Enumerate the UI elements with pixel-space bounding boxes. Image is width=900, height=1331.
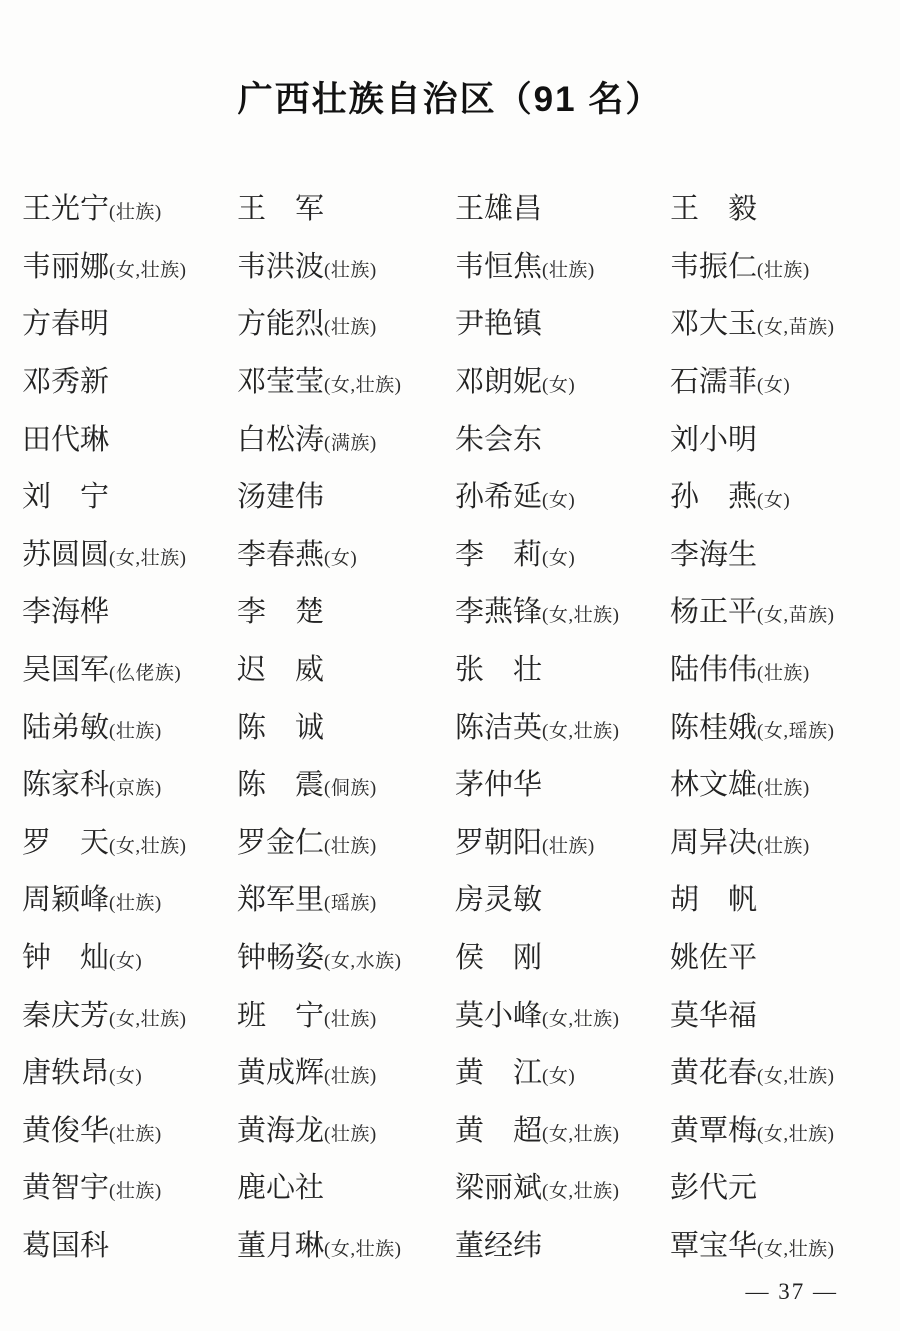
person-name: 张 壮 [455,654,542,686]
person-entry: 梁丽斌(女,壮族) [455,1174,670,1203]
person-entry: 邓朗妮(女) [455,368,670,397]
person-entry: 黄覃梅(女,壮族) [670,1117,890,1146]
person-name: 罗金仁 [237,827,324,859]
person-entry: 韦振仁(壮族) [670,253,890,282]
person-entry: 莫华福 [670,1002,890,1031]
person-name: 汤建伟 [237,481,324,513]
person-name: 刘 宁 [22,481,109,513]
person-entry: 李海桦 [22,598,237,627]
person-name: 李 莉 [455,539,542,571]
person-entry: 黄海龙(壮族) [237,1117,455,1146]
person-entry: 黄智宇(壮族) [22,1174,237,1203]
gender-ethnicity-tag: (壮族) [542,836,595,857]
person-entry: 王 毅 [670,195,890,224]
person-name: 方能烈 [237,308,324,340]
person-name: 罗朝阳 [455,827,542,859]
person-name: 郑军里 [237,884,324,916]
person-name: 覃宝华 [670,1230,757,1262]
person-entry: 韦洪波(壮族) [237,253,455,282]
person-name: 韦恒焦 [455,251,542,283]
person-name: 陈洁英 [455,712,542,744]
person-entry: 方春明 [22,310,237,339]
gender-ethnicity-tag: (满族) [324,433,377,454]
page-number: — 37 — [746,1279,839,1305]
person-entry: 李春燕(女) [237,541,455,570]
person-name: 鹿心社 [237,1172,324,1204]
person-entry: 覃宝华(女,壮族) [670,1232,890,1261]
person-name: 石濡菲 [670,366,757,398]
person-entry: 董经纬 [455,1232,670,1261]
gender-ethnicity-tag: (女) [109,1066,142,1087]
gender-ethnicity-tag: (京族) [109,778,162,799]
gender-ethnicity-tag: (壮族) [324,1009,377,1030]
person-name: 尹艳镇 [455,308,542,340]
person-entry: 郑军里(瑶族) [237,886,455,915]
gender-ethnicity-tag: (女,壮族) [757,1239,834,1260]
person-name: 邓秀新 [22,366,109,398]
gender-ethnicity-tag: (女,壮族) [324,375,401,396]
person-name: 彭代元 [670,1172,757,1204]
person-entry: 侯 刚 [455,944,670,973]
gender-ethnicity-tag: (女) [324,548,357,569]
person-entry: 邓秀新 [22,368,237,397]
person-name: 陆弟敏 [22,712,109,744]
gender-ethnicity-tag: (壮族) [109,202,162,223]
person-name: 韦振仁 [670,251,757,283]
person-entry: 吴国军(仫佬族) [22,656,237,685]
person-entry: 白松涛(满族) [237,426,455,455]
person-entry: 孙 燕(女) [670,483,890,512]
person-entry: 田代琳 [22,426,237,455]
person-name: 白松涛 [237,424,324,456]
page-title: 广西壮族自治区（91 名） [0,72,900,122]
gender-ethnicity-tag: (女) [542,490,575,511]
gender-ethnicity-tag: (女) [109,951,142,972]
gender-ethnicity-tag: (壮族) [324,1124,377,1145]
person-name: 梁丽斌 [455,1172,542,1204]
person-entry: 陈 震(侗族) [237,771,455,800]
person-name: 王 军 [237,193,324,225]
gender-ethnicity-tag: (瑶族) [324,893,377,914]
person-entry: 陆伟伟(壮族) [670,656,890,685]
person-entry: 唐轶昂(女) [22,1059,237,1088]
person-name: 周异决 [670,827,757,859]
gender-ethnicity-tag: (女) [542,548,575,569]
gender-ethnicity-tag: (侗族) [324,778,377,799]
gender-ethnicity-tag: (壮族) [109,721,162,742]
person-entry: 鹿心社 [237,1174,455,1203]
person-name: 孙 燕 [670,481,757,513]
gender-ethnicity-tag: (女,壮族) [542,605,619,626]
gender-ethnicity-tag: (女,水族) [324,951,401,972]
person-name: 田代琳 [22,424,109,456]
person-name: 苏圆圆 [22,539,109,571]
gender-ethnicity-tag: (壮族) [324,1066,377,1087]
gender-ethnicity-tag: (仫佬族) [109,663,181,684]
person-name: 姚佐平 [670,942,757,974]
person-entry: 秦庆芳(女,壮族) [22,1002,237,1031]
person-entry: 陈桂娥(女,瑶族) [670,714,890,743]
person-name: 莫小峰 [455,1000,542,1032]
person-name: 钟畅姿 [237,942,324,974]
person-entry: 石濡菲(女) [670,368,890,397]
gender-ethnicity-tag: (女,壮族) [324,1239,401,1260]
person-name: 林文雄 [670,769,757,801]
person-entry: 刘 宁 [22,483,237,512]
person-name: 李燕锋 [455,596,542,628]
person-entry: 董月琳(女,壮族) [237,1232,455,1261]
person-name: 韦洪波 [237,251,324,283]
person-name: 陈 震 [237,769,324,801]
person-name: 胡 帆 [670,884,757,916]
person-name: 孙希延 [455,481,542,513]
person-entry: 王雄昌 [455,195,670,224]
person-name: 王 毅 [670,193,757,225]
person-entry: 陈洁英(女,壮族) [455,714,670,743]
person-entry: 韦恒焦(壮族) [455,253,670,282]
person-entry: 莫小峰(女,壮族) [455,1002,670,1031]
person-name: 黄海龙 [237,1115,324,1147]
person-name: 刘小明 [670,424,757,456]
person-name: 朱会东 [455,424,542,456]
gender-ethnicity-tag: (女,壮族) [109,1009,186,1030]
person-entry: 李 楚 [237,598,455,627]
person-entry: 罗 天(女,壮族) [22,829,237,858]
person-entry: 罗朝阳(壮族) [455,829,670,858]
person-entry: 黄俊华(壮族) [22,1117,237,1146]
person-entry: 陆弟敏(壮族) [22,714,237,743]
person-entry: 王光宁(壮族) [22,195,237,224]
person-name: 邓大玉 [670,308,757,340]
person-name: 李海桦 [22,596,109,628]
person-name: 邓莹莹 [237,366,324,398]
person-entry: 陈 诚 [237,714,455,743]
gender-ethnicity-tag: (女) [757,490,790,511]
person-name: 李 楚 [237,596,324,628]
gender-ethnicity-tag: (壮族) [757,836,810,857]
person-entry: 黄 江(女) [455,1059,670,1088]
person-entry: 汤建伟 [237,483,455,512]
gender-ethnicity-tag: (壮族) [757,260,810,281]
gender-ethnicity-tag: (壮族) [109,1124,162,1145]
person-name: 黄覃梅 [670,1115,757,1147]
person-entry: 尹艳镇 [455,310,670,339]
person-name: 班 宁 [237,1000,324,1032]
person-name: 李海生 [670,539,757,571]
person-entry: 张 壮 [455,656,670,685]
person-entry: 方能烈(壮族) [237,310,455,339]
person-name: 葛国科 [22,1230,109,1262]
gender-ethnicity-tag: (壮族) [109,1181,162,1202]
person-entry: 朱会东 [455,426,670,455]
person-name: 陈 诚 [237,712,324,744]
person-name: 秦庆芳 [22,1000,109,1032]
person-name: 黄成辉 [237,1057,324,1089]
person-entry: 彭代元 [670,1174,890,1203]
document-page: 广西壮族自治区（91 名） 王光宁(壮族)王 军王雄昌王 毅韦丽娜(女,壮族)韦… [0,0,900,1331]
person-entry: 周颖峰(壮族) [22,886,237,915]
gender-ethnicity-tag: (壮族) [542,260,595,281]
gender-ethnicity-tag: (壮族) [324,836,377,857]
person-name: 王光宁 [22,193,109,225]
person-entry: 茅仲华 [455,771,670,800]
person-entry: 邓莹莹(女,壮族) [237,368,455,397]
person-entry: 林文雄(壮族) [670,771,890,800]
person-name: 茅仲华 [455,769,542,801]
gender-ethnicity-tag: (女,苗族) [757,317,834,338]
person-name: 迟 威 [237,654,324,686]
gender-ethnicity-tag: (壮族) [757,663,810,684]
person-name: 罗 天 [22,827,109,859]
person-name: 李春燕 [237,539,324,571]
person-name: 邓朗妮 [455,366,542,398]
person-name: 陈桂娥 [670,712,757,744]
person-name: 侯 刚 [455,942,542,974]
gender-ethnicity-tag: (女,壮族) [757,1124,834,1145]
person-entry: 胡 帆 [670,886,890,915]
person-entry: 班 宁(壮族) [237,1002,455,1031]
gender-ethnicity-tag: (女,壮族) [109,836,186,857]
gender-ethnicity-tag: (女,壮族) [542,721,619,742]
person-name: 黄花春 [670,1057,757,1089]
person-name: 韦丽娜 [22,251,109,283]
gender-ethnicity-tag: (壮族) [324,260,377,281]
person-entry: 钟 灿(女) [22,944,237,973]
person-entry: 王 军 [237,195,455,224]
person-entry: 葛国科 [22,1232,237,1261]
person-entry: 李 莉(女) [455,541,670,570]
person-name: 杨正平 [670,596,757,628]
person-name: 陆伟伟 [670,654,757,686]
person-name: 黄智宇 [22,1172,109,1204]
person-entry: 李海生 [670,541,890,570]
person-entry: 陈家科(京族) [22,771,237,800]
person-entry: 黄花春(女,壮族) [670,1059,890,1088]
gender-ethnicity-tag: (女,壮族) [757,1066,834,1087]
person-entry: 姚佐平 [670,944,890,973]
gender-ethnicity-tag: (女,瑶族) [757,721,834,742]
gender-ethnicity-tag: (壮族) [324,317,377,338]
gender-ethnicity-tag: (女,壮族) [109,548,186,569]
person-entry: 迟 威 [237,656,455,685]
person-name: 王雄昌 [455,193,542,225]
person-name: 黄 江 [455,1057,542,1089]
gender-ethnicity-tag: (女) [757,375,790,396]
person-entry: 杨正平(女,苗族) [670,598,890,627]
person-name: 周颖峰 [22,884,109,916]
gender-ethnicity-tag: (女) [542,1066,575,1087]
gender-ethnicity-tag: (壮族) [757,778,810,799]
name-grid: 王光宁(壮族)王 军王雄昌王 毅韦丽娜(女,壮族)韦洪波(壮族)韦恒焦(壮族)韦… [22,181,890,1275]
person-entry: 钟畅姿(女,水族) [237,944,455,973]
person-entry: 苏圆圆(女,壮族) [22,541,237,570]
person-name: 黄 超 [455,1115,542,1147]
person-name: 吴国军 [22,654,109,686]
person-entry: 李燕锋(女,壮族) [455,598,670,627]
person-entry: 孙希延(女) [455,483,670,512]
person-name: 方春明 [22,308,109,340]
gender-ethnicity-tag: (女,壮族) [109,260,186,281]
person-name: 房灵敏 [455,884,542,916]
person-entry: 黄 超(女,壮族) [455,1117,670,1146]
person-entry: 邓大玉(女,苗族) [670,310,890,339]
person-name: 钟 灿 [22,942,109,974]
gender-ethnicity-tag: (女,苗族) [757,605,834,626]
gender-ethnicity-tag: (壮族) [109,893,162,914]
person-entry: 刘小明 [670,426,890,455]
person-entry: 房灵敏 [455,886,670,915]
person-name: 唐轶昂 [22,1057,109,1089]
gender-ethnicity-tag: (女) [542,375,575,396]
person-name: 董月琳 [237,1230,324,1262]
gender-ethnicity-tag: (女,壮族) [542,1124,619,1145]
person-name: 董经纬 [455,1230,542,1262]
person-name: 陈家科 [22,769,109,801]
person-entry: 周异决(壮族) [670,829,890,858]
person-entry: 黄成辉(壮族) [237,1059,455,1088]
gender-ethnicity-tag: (女,壮族) [542,1009,619,1030]
person-entry: 韦丽娜(女,壮族) [22,253,237,282]
person-name: 莫华福 [670,1000,757,1032]
person-name: 黄俊华 [22,1115,109,1147]
person-entry: 罗金仁(壮族) [237,829,455,858]
gender-ethnicity-tag: (女,壮族) [542,1181,619,1202]
